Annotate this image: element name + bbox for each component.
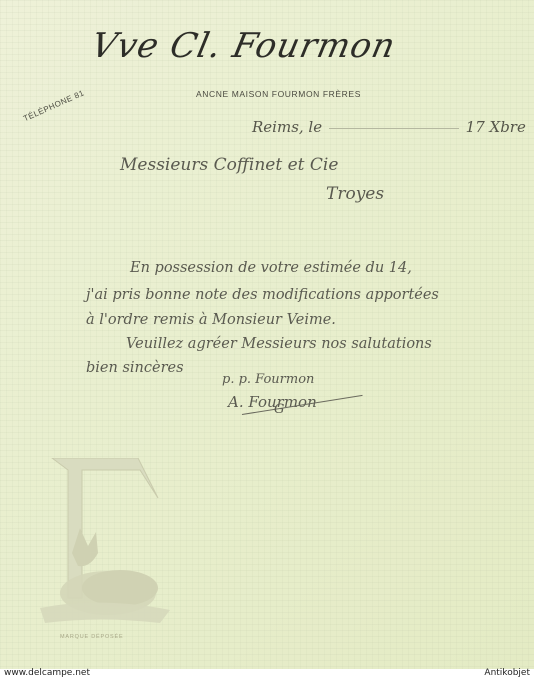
- footer-bar: www.delcampe.net Antikobjet: [0, 669, 534, 680]
- date-day-month: 17 Xbre: [466, 118, 526, 136]
- body-line: En possession de votre estimée du 14,: [130, 260, 412, 276]
- date-rule: [329, 128, 459, 129]
- footer-site-link[interactable]: www.delcampe.net: [4, 668, 90, 678]
- letterhead-subtitle: ANCNE MAISON FOURMON FRÈRES: [196, 89, 361, 99]
- recipient-city: Troyes: [326, 184, 384, 204]
- letter-paper: Vve Cl. Fourmon ANCNE MAISON FOURMON FRÈ…: [0, 0, 534, 669]
- signature-line-1: p. p. Fourmon: [222, 372, 314, 387]
- body-line: à l'ordre remis à Monsieur Veime.: [86, 312, 336, 328]
- signature-flourish: G: [274, 402, 284, 417]
- telephone-label: TÉLÉPHONE 81: [22, 88, 86, 123]
- body-line: bien sincères: [86, 360, 184, 376]
- dog-illustration-icon: [30, 458, 170, 628]
- recipient-name: Messieurs Coffinet et Cie: [120, 155, 338, 175]
- dateline: Reims, le 17 Xbre 1906: [252, 118, 534, 136]
- footer-seller: Antikobjet: [484, 668, 530, 678]
- letterhead-title: Vve Cl. Fourmon: [88, 26, 400, 66]
- body-line: Veuillez agréer Messieurs nos salutation…: [126, 336, 432, 352]
- marque-deposee-caption: MARQUE DÉPOSÉE: [60, 634, 123, 640]
- date-place: Reims, le: [252, 118, 322, 136]
- body-line: j'ai pris bonne note des modifications a…: [86, 287, 439, 303]
